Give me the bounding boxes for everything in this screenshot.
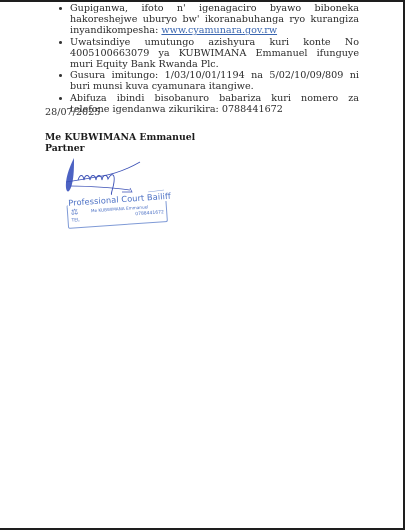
list-item: Gupiganwa, ifoto n' igenagaciro byawo bi… bbox=[56, 3, 359, 37]
signer-name: Me KUBWIMANA Emmanuel bbox=[45, 132, 195, 143]
auction-website-link[interactable]: www.cyamunara.gov.rw bbox=[161, 25, 277, 36]
bullet-icon bbox=[59, 7, 62, 10]
official-stamp: Professional Court Bailiff ⚖ Me KUBWIMAN… bbox=[66, 191, 168, 228]
signer-role: Partner bbox=[45, 143, 195, 154]
document-page: Gupiganwa, ifoto n' igenagaciro byawo bi… bbox=[0, 0, 405, 530]
list-item: Gusura imitungo: 1/03/10/01/1194 na 5/02… bbox=[56, 70, 359, 92]
list-item: Uwatsindiye umutungo azishyura kuri kont… bbox=[56, 37, 359, 71]
stamp-tel-label: TEL bbox=[71, 218, 79, 224]
bullet-text: Uwatsindiye umutungo azishyura kuri kont… bbox=[70, 37, 359, 70]
scales-of-justice-icon: ⚖ bbox=[71, 207, 79, 216]
bullet-text: Abifuza ibindi bisobanuro babariza kuri … bbox=[70, 93, 359, 115]
conditions-list: Gupiganwa, ifoto n' igenagaciro byawo bi… bbox=[56, 3, 359, 115]
document-date: 28/07/2025 bbox=[45, 107, 100, 118]
signer-block: Me KUBWIMANA Emmanuel Partner bbox=[45, 132, 195, 154]
bullet-icon bbox=[59, 97, 62, 100]
bullet-icon bbox=[59, 41, 62, 44]
list-item: Abifuza ibindi bisobanuro babariza kuri … bbox=[56, 93, 359, 115]
bullet-text: Gusura imitungo: 1/03/10/01/1194 na 5/02… bbox=[70, 70, 359, 92]
bullet-icon bbox=[59, 74, 62, 77]
